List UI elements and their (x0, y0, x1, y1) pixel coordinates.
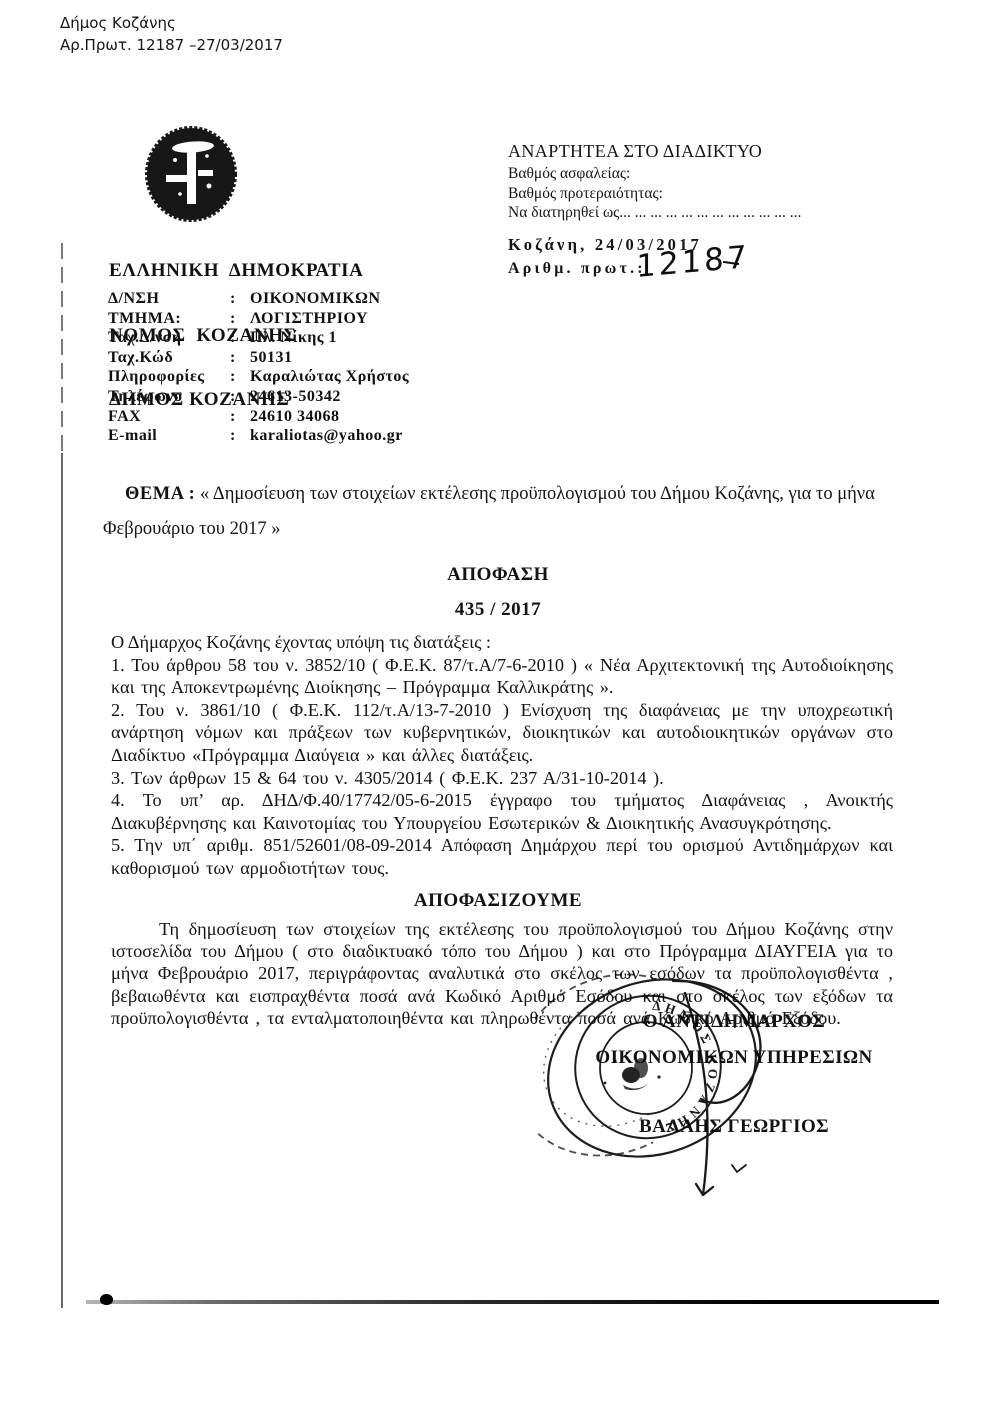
contact-value: karaliotas@yahoo.gr (250, 426, 409, 446)
subject-line: ΘΕΜΑ : « Δημοσίευση των στοιχείων εκτέλε… (103, 477, 893, 547)
signatory-title-1: Ο ΑΝΤΙΔΗΜΑΡΧΟΣ (556, 1011, 912, 1033)
contact-row: Ταχ.Δ/νση : Πλ. Νίκης 1 (108, 328, 409, 348)
legal-item-5: 5. Την υπ΄ αριθμ. 851/52601/08-09-2014 Α… (111, 834, 893, 879)
contact-separator: : (230, 289, 250, 309)
scan-annotation: Δήμος Κοζάνης Αρ.Πρωτ. 12187 –27/03/2017 (60, 12, 283, 56)
legal-item-1: 1. Του άρθρου 58 του ν. 3852/10 ( Φ.Ε.Κ.… (111, 654, 893, 699)
protocol-label: Αριθμ. πρωτ.: (508, 260, 646, 277)
contact-value: ΛΟΓΙΣΤΗΡΙΟΥ (250, 309, 409, 329)
scan-protocol: Αρ.Πρωτ. 12187 –27/03/2017 (60, 34, 283, 56)
contact-row: Πληροφορίες : Καραλιώτας Χρήστος (108, 367, 409, 387)
contact-row: ΤΜΗΜΑ: : ΛΟΓΙΣΤΗΡΙΟΥ (108, 309, 409, 329)
document-body: ΘΕΜΑ : « Δημοσίευση των στοιχείων εκτέλε… (103, 477, 893, 1030)
document-page: Δήμος Κοζάνης Αρ.Πρωτ. 12187 –27/03/2017… (0, 0, 1000, 1415)
decision-number: 435 / 2017 (103, 595, 893, 625)
legal-item-2: 2. Του ν. 3861/10 ( Φ.Ε.Κ. 112/τ.Α/13-7-… (111, 699, 893, 767)
contact-row: Δ/ΝΣΗ : ΟΙΚΟΝΟΜΙΚΩΝ (108, 289, 409, 309)
subject-text: « Δημοσίευση των στοιχείων εκτέλεσης προ… (103, 484, 875, 539)
contact-block: Δ/ΝΣΗ : ΟΙΚΟΝΟΜΙΚΩΝ ΤΜΗΜΑ: : ΛΟΓΙΣΤΗΡΙΟΥ… (108, 289, 409, 446)
contact-separator: : (230, 367, 250, 387)
bottom-scan-artifact-blob (100, 1294, 113, 1305)
contact-label: Δ/ΝΣΗ (108, 289, 230, 309)
contact-label: E-mail (108, 426, 230, 446)
scan-municipality: Δήμος Κοζάνης (60, 12, 283, 34)
contact-row: E-mail : karaliotas@yahoo.gr (108, 426, 409, 446)
contact-separator: : (230, 309, 250, 329)
contact-separator: : (230, 407, 250, 427)
contact-separator: : (230, 426, 250, 446)
legal-item-4: 4. Το υπ’ αρ. ΔΗΔ/Φ.40/17742/05-6-2015 έ… (111, 789, 893, 834)
org-line-republic: ΕΛΛΗΝΙΚΗ ΔΗΜΟΚΡΑΤΙΑ (109, 260, 363, 282)
contact-value: ΟΙΚΟΝΟΜΙΚΩΝ (250, 289, 409, 309)
signatory-title-2: ΟΙΚΟΝΟΜΙΚΩΝ ΥΠΗΡΕΣΙΩΝ (556, 1047, 912, 1069)
contact-label: FAX (108, 407, 230, 427)
contact-separator: : (230, 387, 250, 407)
contact-label: Τηλέφωνο (108, 387, 230, 407)
contact-value: 24610 34068 (250, 407, 409, 427)
subject-label: ΘΕΜΑ : (125, 484, 195, 504)
contact-value: 50131 (250, 348, 409, 368)
posting-notice: ΑΝΑΡΤΗΤΕΑ ΣΤΟ ΔΙΑΔΙΚΤΥΟ (508, 138, 908, 164)
contact-label: Πληροφορίες (108, 367, 230, 387)
contact-label: ΤΜΗΜΑ: (108, 309, 230, 329)
contact-label: Ταχ.Δ/νση (108, 328, 230, 348)
priority-level: Βαθμός προτεραιότητας: (508, 184, 908, 204)
bottom-scan-artifact-line (86, 1300, 939, 1304)
security-level: Βαθμός ασφαλείας: (508, 164, 908, 184)
protocol-row: Αριθμ. πρωτ.: 12187 (508, 260, 908, 300)
contact-value: Καραλιώτας Χρήστος (250, 367, 409, 387)
decision-intro: Ο Δήμαρχος Κοζάνης έχοντας υπόψη τις δια… (111, 631, 893, 654)
resolution-title: ΑΠΟΦΑΣΙΖΟΥΜΕ (103, 888, 893, 914)
contact-row: FAX : 24610 34068 (108, 407, 409, 427)
legal-item-3: 3. Των άρθρων 15 & 64 του ν. 4305/2014 (… (111, 767, 893, 790)
contact-row: Ταχ.Κώδ : 50131 (108, 348, 409, 368)
contact-row: Τηλέφωνο : 24613-50342 (108, 387, 409, 407)
contact-value: Πλ. Νίκης 1 (250, 328, 409, 348)
municipal-emblem-icon (145, 126, 237, 223)
contact-separator: : (230, 328, 250, 348)
signature-block: Ο ΑΝΤΙΔΗΜΑΡΧΟΣ ΟΙΚΟΝΟΜΙΚΩΝ ΥΠΗΡΕΣΙΩΝ ΒΑΛ… (556, 1011, 912, 1138)
contact-value: 24613-50342 (250, 387, 409, 407)
retention-note: Να διατηρηθεί ως... ... ... ... ... ... … (508, 203, 908, 223)
posting-block: ΑΝΑΡΤΗΤΕΑ ΣΤΟ ΔΙΑΔΙΚΤΥΟ Βαθμός ασφαλείας… (508, 138, 908, 300)
signatory-name: ΒΑΛΑΗΣ ΓΕΩΡΓΙΟΣ (556, 1116, 912, 1138)
left-margin-artifact-dashed (61, 243, 63, 453)
left-margin-artifact-line (61, 453, 63, 1308)
contact-label: Ταχ.Κώδ (108, 348, 230, 368)
decision-title: ΑΠΟΦΑΣΗ (103, 560, 893, 590)
contact-separator: : (230, 348, 250, 368)
